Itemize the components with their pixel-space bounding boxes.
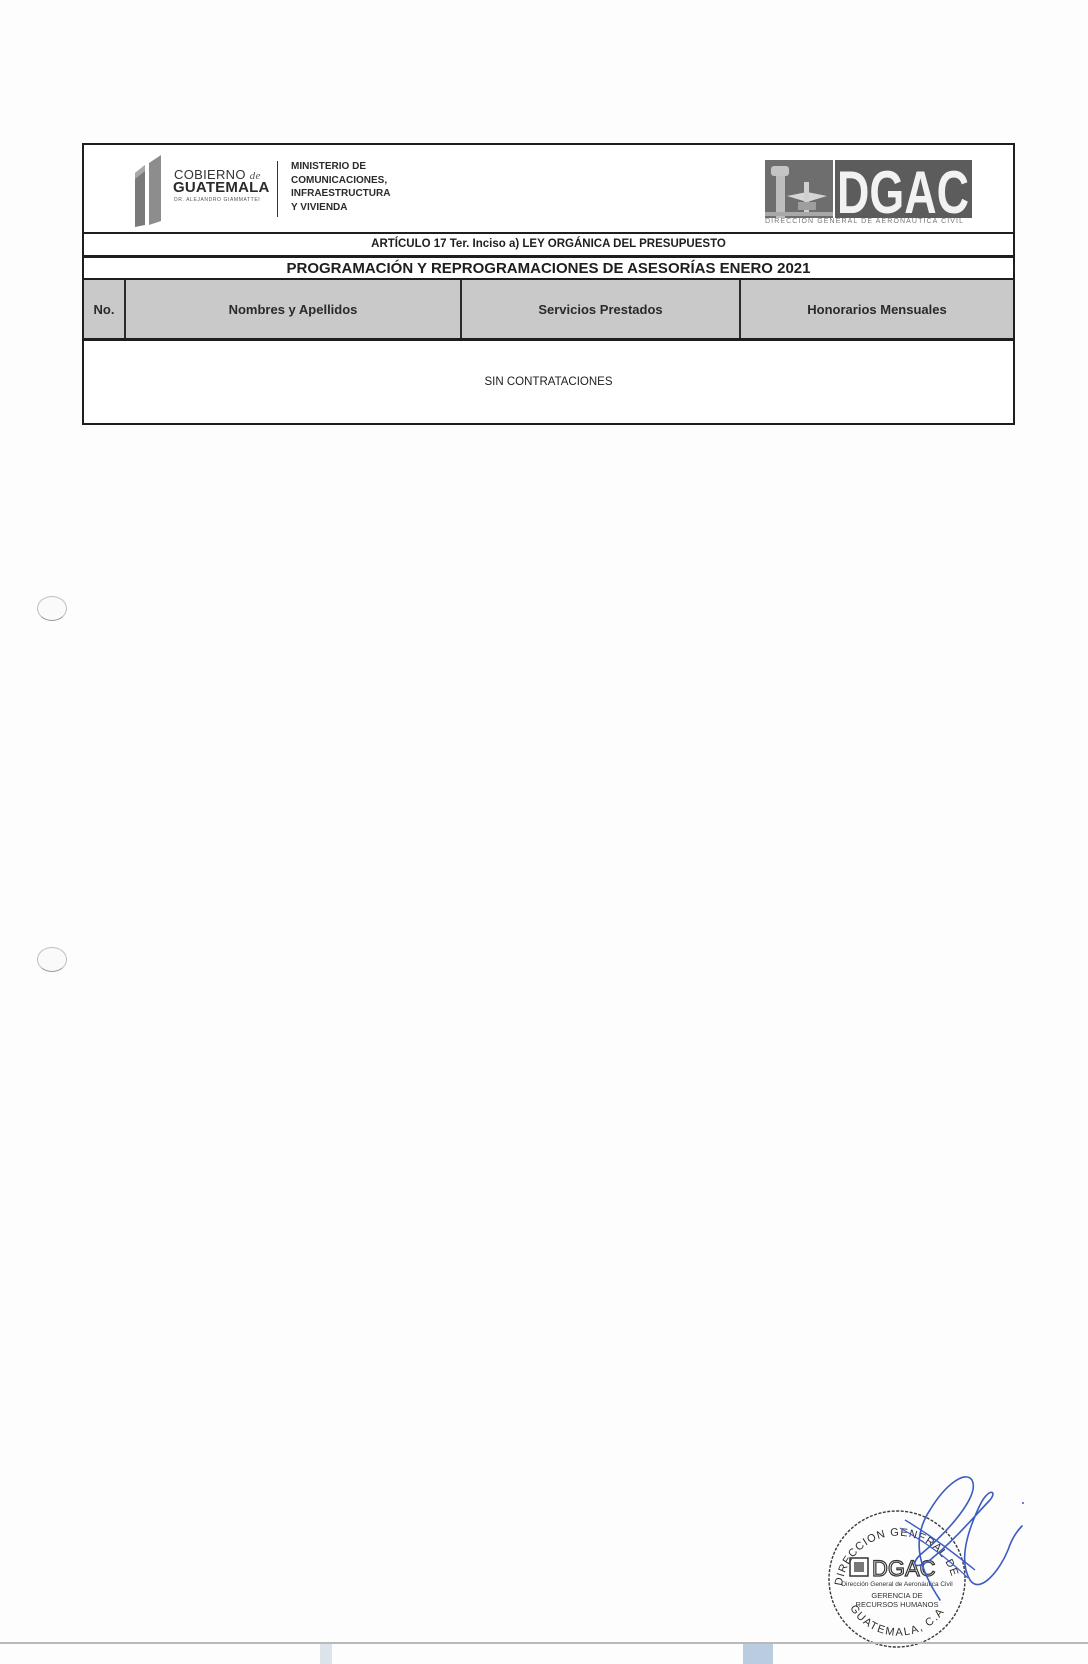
empty-table-message: SIN CONTRATACIONES <box>84 341 1013 423</box>
legal-reference: ARTÍCULO 17 Ter. Inciso a) LEY ORGÁNICA … <box>84 234 1013 254</box>
binder-hole <box>37 947 67 972</box>
ministry-line: INFRAESTRUCTURA <box>291 187 390 201</box>
document-header: COBIERNO de GUATEMALA DR. ALEJANDRO GIAM… <box>84 145 1013 232</box>
page-title: PROGRAMACIÓN Y REPROGRAMACIONES DE ASESO… <box>84 258 1013 280</box>
column-header-no: No. <box>84 280 124 338</box>
report-table-frame: COBIERNO de GUATEMALA DR. ALEJANDRO GIAM… <box>82 143 1015 425</box>
scanner-edge <box>320 1644 332 1664</box>
page-bottom-edge <box>0 1642 1088 1644</box>
signature-icon <box>880 1460 1025 1610</box>
ministry-name: MINISTERIO DE COMUNICACIONES, INFRAESTRU… <box>291 160 390 214</box>
binder-hole <box>37 596 67 621</box>
dgac-logo-icon: DGAC <box>765 160 972 220</box>
column-header-names: Nombres y Apellidos <box>126 280 460 338</box>
dgac-logo-text: DGAC <box>837 160 969 220</box>
scanner-edge <box>743 1644 773 1664</box>
column-header-fees: Honorarios Mensuales <box>741 280 1013 338</box>
president-name: DR. ALEJANDRO GIAMMATTEI <box>174 197 260 203</box>
ministry-line: COMUNICACIONES, <box>291 174 390 188</box>
ministry-line: MINISTERIO DE <box>291 160 390 174</box>
ministry-line: Y VIVIENDA <box>291 201 390 215</box>
logo-divider <box>277 161 278 217</box>
guatemala-word: GUATEMALA <box>173 179 270 196</box>
dgac-caption: DIRECCION GENERAL DE AERONAUTICA CIVIL <box>765 218 977 225</box>
gobierno-flag-bars-icon <box>133 155 165 227</box>
column-header-services: Servicios Prestados <box>462 280 739 338</box>
